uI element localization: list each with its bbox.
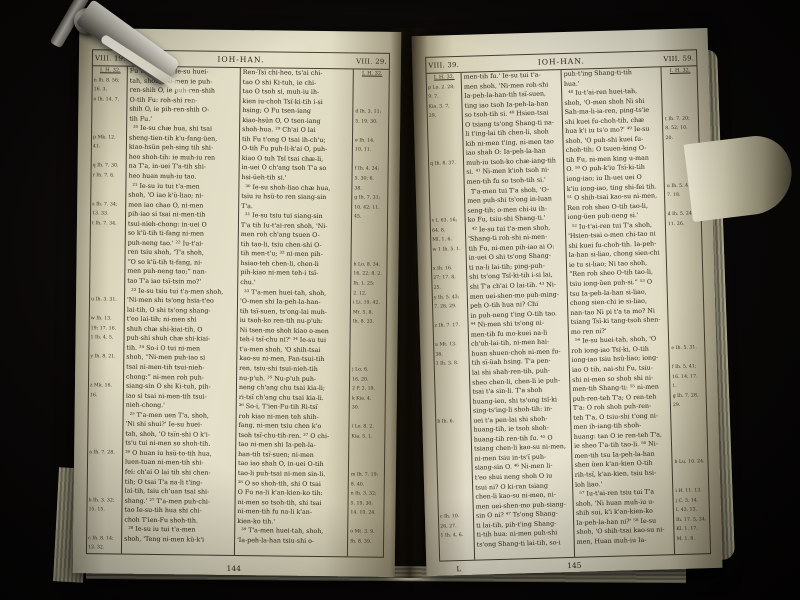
text-line: Ih. 8. 39. bbox=[350, 537, 383, 547]
text-line: q Ih. 7. 30. bbox=[93, 162, 126, 172]
page-right-body: I. H. 32.p Lo. 2. 28;9. 7.Kia. 3. 7,29.q… bbox=[427, 66, 710, 560]
text-line: i Li. 19, 42. bbox=[353, 299, 386, 309]
text-line: 2. 12. bbox=[353, 289, 386, 299]
text-line bbox=[89, 419, 122, 429]
text-line bbox=[90, 372, 123, 382]
text-line bbox=[92, 238, 125, 248]
text-line bbox=[441, 550, 474, 560]
text-line: 5. 19, 30; bbox=[350, 499, 383, 509]
text-line: o Mt. 3. 9. bbox=[350, 528, 383, 538]
text-line: 15. 15. bbox=[88, 505, 121, 515]
text-line: 16, 20. bbox=[352, 375, 385, 385]
text-line: tsai ni-men-tih tsui-nieh- bbox=[126, 363, 234, 374]
text-line bbox=[356, 79, 389, 89]
text-line: y Ih. 8. 21. bbox=[90, 353, 123, 363]
text-line bbox=[89, 429, 122, 439]
text-line: b Ih. 3. 32; bbox=[89, 496, 122, 506]
text-line bbox=[350, 547, 383, 557]
text-line: r Ih. 7. 6. bbox=[92, 171, 125, 181]
text-line: s Ih. 7. 34; bbox=[92, 200, 125, 210]
text-line: a Ih. 7. 28. bbox=[89, 448, 122, 458]
text-line bbox=[89, 467, 122, 477]
margin-references-column: I. H. 32.n Ih. 8. 56;16. 3.o Ih. 14. 7.p… bbox=[87, 66, 128, 553]
text-line: h Lu. 10. 24. bbox=[674, 458, 707, 468]
page-number: 144 bbox=[73, 562, 395, 575]
text-column-1: Fu tsai na-li?' Ie-su huei-tah, shoh, 'N… bbox=[122, 67, 241, 555]
text-line bbox=[351, 461, 384, 471]
text-line: u Ih. 3. 31. bbox=[91, 295, 124, 305]
text-line bbox=[90, 343, 123, 353]
margin-references-column: I. H. 32.d Ih. 3. 11;5. 19, 30.e Ih. 14.… bbox=[347, 69, 389, 556]
text-line bbox=[350, 518, 383, 528]
text-line: c Ih. 8. 14; bbox=[88, 534, 121, 544]
text-line: 2 P. 2. 19. bbox=[352, 384, 385, 394]
text-line: d Ih. 3. 11; bbox=[355, 108, 388, 118]
text-line bbox=[351, 451, 384, 461]
text-line: e Ih. 14. bbox=[355, 136, 388, 146]
text-line bbox=[355, 127, 388, 137]
text-line: g Ih. 7. 31; bbox=[354, 194, 387, 204]
text-line: 12. 32. bbox=[88, 544, 121, 554]
text-line: tsiu iu hsü-to ren siang-sin bbox=[241, 192, 349, 203]
text-line bbox=[89, 477, 122, 487]
text-line bbox=[91, 267, 124, 277]
text-line: 30. bbox=[352, 404, 385, 414]
text-column-1: men-tih fu.' Ie-su tui t'a-men shoh, 'Ni… bbox=[462, 70, 576, 559]
text-line bbox=[355, 155, 388, 165]
text-line bbox=[354, 222, 387, 232]
text-column-2: puh-t'ing Shang-ti-tihhua.' ⁴⁸ Iu-t'ai-r… bbox=[562, 67, 675, 556]
text-line: 1 Ih. 4. 5. bbox=[90, 334, 123, 344]
text-column-2: Ren-Tsï chi-heo, ts'ai chi-tao O shi Ki-… bbox=[235, 68, 353, 556]
text-line: w Ih. 13. bbox=[91, 314, 124, 324]
text-line: t Ih. 7. 34. bbox=[92, 219, 125, 229]
text-line bbox=[89, 486, 122, 496]
text-line bbox=[353, 327, 386, 337]
text-line bbox=[93, 152, 126, 162]
text-line: Kia. 5. 1. bbox=[351, 432, 384, 442]
text-line bbox=[89, 439, 122, 449]
running-title: IOH-HAN. bbox=[468, 54, 654, 68]
text-line bbox=[92, 229, 125, 239]
text-line bbox=[91, 276, 124, 286]
text-line: I. H. 32. bbox=[356, 69, 389, 79]
text-line: Ih. 17. 5, 24. bbox=[676, 515, 709, 525]
text-line bbox=[351, 442, 384, 452]
text-line bbox=[352, 356, 385, 366]
text-line: k Kia. 4. bbox=[352, 394, 385, 404]
text-line bbox=[92, 248, 125, 258]
text-line: 10. 42; 11. bbox=[354, 203, 387, 213]
text-line: Mt. 5. 8. bbox=[353, 308, 386, 318]
text-line: 16, 22; 8. 2. bbox=[353, 270, 386, 280]
text-line: shoh, 'Teng ni-men kü-k'i bbox=[124, 534, 232, 545]
text-line: l Lo. 8. 2. bbox=[351, 423, 384, 433]
text-line bbox=[91, 305, 124, 315]
text-line bbox=[91, 257, 124, 267]
text-line: 41. bbox=[93, 143, 126, 153]
text-line: h Lo. 8. 34, bbox=[353, 260, 386, 270]
text-line bbox=[354, 232, 387, 242]
text-line bbox=[352, 346, 385, 356]
text-line bbox=[88, 515, 121, 525]
running-head-right: VIII. 29. bbox=[347, 57, 389, 66]
text-line: 5. 30; 6. bbox=[354, 174, 387, 184]
text-line bbox=[90, 362, 123, 372]
text-line: men, Huan muh-iu Ia- bbox=[577, 535, 672, 547]
page-right-frame: VIII. 39. IOH-HAN. VIII. 59. I. H. 32.p … bbox=[425, 49, 711, 561]
text-line bbox=[91, 286, 124, 296]
text-line: Ih. 8. 33. bbox=[353, 318, 386, 328]
text-line bbox=[88, 524, 121, 534]
text-line: j Lo. 6. bbox=[352, 365, 385, 375]
text-line: 14. 10, 24. bbox=[350, 509, 383, 519]
page-left-body: I. H. 32.n Ih. 8. 56;16. 3.o Ih. 14. 7.p… bbox=[87, 66, 389, 556]
text-line: n Ih. 3. 32; bbox=[351, 489, 384, 499]
photo-background: VIII. 19. IOH-HAN. VIII. 29. I. H. 32.n … bbox=[0, 0, 800, 600]
binder-clip bbox=[40, 0, 210, 136]
text-line bbox=[354, 241, 387, 251]
running-head-left: VIII. 39. bbox=[426, 60, 468, 69]
text-line bbox=[92, 190, 125, 200]
text-line: 'Ia-peh-la-han tsiu-shi o- bbox=[237, 536, 345, 547]
text-line bbox=[677, 543, 710, 553]
text-line: 10, 11. bbox=[355, 146, 388, 156]
text-line: w 1 Ih. 5. 1. bbox=[432, 245, 465, 255]
page-right: VIII. 39. IOH-HAN. VIII. 59. I. H. 32.p … bbox=[412, 28, 723, 576]
text-line bbox=[90, 400, 123, 410]
text-line: pih-kiao ni-men teh-i tsï- bbox=[240, 269, 348, 280]
text-line bbox=[354, 251, 387, 261]
text-line: 13. 33. bbox=[92, 209, 125, 219]
text-line bbox=[92, 181, 125, 191]
text-line: 19; 17. 16. bbox=[91, 324, 124, 334]
text-line bbox=[355, 98, 388, 108]
fanned-page-corners bbox=[684, 132, 797, 222]
running-head-right: VIII. 59. bbox=[654, 54, 696, 63]
text-line bbox=[90, 410, 123, 420]
text-line: 8. 40. bbox=[351, 480, 384, 490]
text-line: 45. bbox=[354, 213, 387, 223]
text-line: f Ih. 4. 34; bbox=[355, 165, 388, 175]
text-line: 16. bbox=[90, 391, 123, 401]
text-line: Ih. 1. 25; bbox=[353, 279, 386, 289]
text-line bbox=[352, 337, 385, 347]
text-line: ts'ong Shang-ti lai-tih, so-i bbox=[477, 538, 572, 550]
text-line: 38. bbox=[354, 184, 387, 194]
text-line bbox=[89, 458, 122, 468]
text-line: 5. 19, 30. bbox=[355, 117, 388, 127]
text-line bbox=[356, 89, 389, 99]
text-line: z Mk. 16. bbox=[90, 381, 123, 391]
text-line bbox=[352, 413, 385, 423]
text-line: m Ih. 7. 19; bbox=[351, 470, 384, 480]
